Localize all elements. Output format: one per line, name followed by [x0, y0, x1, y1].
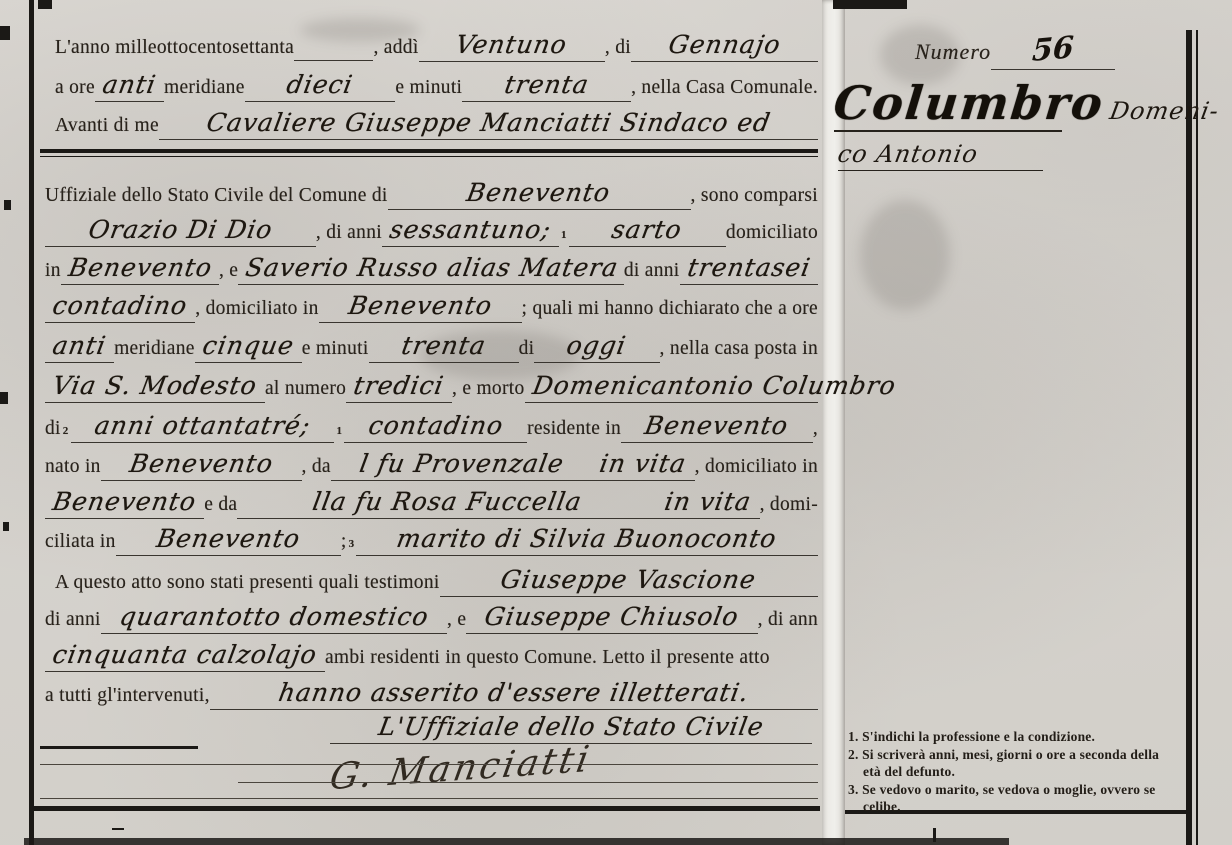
handwritten-declarant1-job: sarto: [569, 215, 726, 247]
footnote-ref-2: 2: [61, 425, 71, 437]
handwritten-mother-status: in vita: [657, 487, 759, 519]
margin-numero-line: Numero 56: [915, 32, 1115, 70]
deceased-firstname-part2: co Antonio: [836, 140, 981, 168]
left-border-rule: [29, 0, 34, 845]
handwritten-declarant1-age: sessantuno;: [382, 215, 559, 247]
ruled-line: [40, 798, 818, 799]
official-signature: G. Manciatti: [327, 739, 595, 799]
handwritten-witness1-name: Giuseppe Vascione: [440, 565, 818, 597]
printed-text: , nella Casa Comunale.: [631, 77, 818, 99]
form-line-witness1: A questo atto sono stati presenti quali …: [55, 565, 818, 597]
handwritten-street: Via S. Modesto: [45, 371, 265, 403]
handwritten-deceased-name: Domenicantonio Columbro: [525, 371, 818, 403]
margin-name-line2: co Antonio: [838, 140, 1043, 171]
printed-text: , domi-: [760, 494, 818, 516]
handwritten-death-day: oggi: [534, 331, 659, 363]
printed-text: , di anni: [316, 222, 382, 244]
handwritten-declarant2-name: Saverio Russo alias Matera: [238, 253, 624, 285]
printed-text: ; quali mi hanno dichiarato che a ore: [522, 298, 818, 320]
form-line-declarant2: in Benevento , e Saverio Russo alias Mat…: [45, 253, 818, 285]
bleedthrough-stain: [860, 200, 950, 310]
deceased-firstname-part1: Domeni-: [1108, 97, 1222, 125]
form-line-hour: a ore anti meridiane dieci e minuti tren…: [55, 70, 818, 102]
printed-text: nato in: [45, 456, 101, 478]
right-border-rule-thin: [1196, 30, 1198, 845]
footnote-ref-1: 1: [559, 229, 569, 241]
printed-text: di anni: [45, 609, 101, 631]
printed-text: ciliata in: [45, 531, 116, 553]
bottom-plus-mark: [112, 828, 124, 830]
printed-text: , da: [302, 456, 331, 478]
handwritten-minutes: trenta: [462, 70, 631, 102]
footnote-2: 2. Si scriverà anni, mesi, giorni o ore …: [848, 746, 1178, 781]
printed-text: di: [519, 338, 535, 360]
bottom-heavy-rule-left: [30, 806, 820, 811]
printed-text: e minuti: [395, 77, 462, 99]
handwritten-marital-status: marito di Silvia Buonoconto: [356, 524, 818, 556]
scan-mark: [4, 200, 11, 210]
handwritten-house-number: tredici: [346, 371, 452, 403]
printed-text: domiciliato: [726, 222, 818, 244]
form-line-mother: Benevento e da lla fu Rosa Fuccella in v…: [45, 487, 818, 519]
handwritten-day: Ventuno: [419, 30, 605, 62]
printed-text: al numero: [265, 378, 346, 400]
page-bottom-edge-band: [24, 838, 1009, 845]
footnote-1: 1. S'indichi la professione e la condizi…: [848, 728, 1178, 746]
form-line-marital: ciliata in Benevento ; 3 marito di Silvi…: [45, 524, 818, 556]
handwritten-residence1: Benevento: [61, 253, 219, 285]
printed-text: di: [45, 418, 61, 440]
short-heavy-rule: [40, 746, 198, 749]
handwritten-witness1-age-job: quarantotto domestico: [101, 602, 447, 634]
handwritten-death-minutes: trenta: [369, 331, 519, 363]
printed-text: , di ann: [758, 609, 818, 631]
handwritten-deceased-age: anni ottantatré;: [71, 411, 335, 443]
section-divider-rule-thin: [40, 156, 818, 157]
ruled-line: [238, 782, 818, 783]
form-line-deceased-age: di 2 anni ottantatré; 1 contadino reside…: [45, 411, 818, 443]
form-line-witness2: di anni quarantotto domestico , e Giusep…: [45, 602, 818, 634]
printed-text: a tutti gl'intervenuti,: [45, 685, 210, 707]
form-line-death-place: Via S. Modesto al numero tredici , e mor…: [45, 371, 818, 403]
printed-text: e minuti: [302, 338, 369, 360]
form-line-father: nato in Benevento , da l fu Provenzale i…: [45, 449, 818, 481]
form-line-year-date: L'anno milleottocentosettanta , addì Ven…: [55, 30, 818, 62]
form-line-witness2-age: cinquanta calzolajo ambi residenti in qu…: [45, 640, 818, 672]
printed-text: , e: [219, 260, 238, 282]
handwritten-month: Gennajo: [631, 30, 818, 62]
handwritten-father-status: in vita: [592, 449, 694, 481]
printed-text: A questo atto sono stati presenti quali …: [55, 572, 440, 594]
printed-text: , domiciliato in: [195, 298, 318, 320]
handwritten-declarant1-name: Orazio Di Dio: [45, 215, 316, 247]
handwritten-declarant2-job: contadino: [45, 291, 195, 323]
handwritten-witness2-name: Giuseppe Chiusolo: [466, 602, 757, 634]
printed-text: a ore: [55, 77, 95, 99]
handwritten-witness2-age-job: cinquanta calzolajo: [45, 640, 325, 672]
printed-text: , nella casa posta in: [660, 338, 818, 360]
handwritten-official-name: Cavaliere Giuseppe Manciatti Sindaco ed: [159, 108, 818, 140]
section-divider-rule: [40, 149, 818, 153]
form-line-official: Avanti di me Cavaliere Giuseppe Manciatt…: [55, 108, 818, 140]
form-line-comune: Uffiziale dello Stato Civile del Comune …: [45, 178, 818, 210]
handwritten-residence2: Benevento: [319, 291, 522, 323]
margin-footnotes: 1. S'indichi la professione e la condizi…: [848, 728, 1178, 816]
printed-text: , addì: [373, 37, 418, 59]
handwritten-meridian2: anti: [45, 331, 114, 363]
handwritten-hour: dieci: [245, 70, 396, 102]
top-right-ink-band: [833, 0, 907, 9]
scan-mark: [0, 392, 8, 404]
numero-value-underline: 56: [991, 32, 1115, 70]
printed-text: in: [45, 260, 61, 282]
deceased-surname: Columbro: [831, 76, 1107, 130]
handwritten-closing-note: hanno asserito d'essere illetterati.: [210, 678, 818, 710]
ruled-line: [40, 764, 818, 765]
numero-label: Numero: [915, 39, 991, 65]
printed-text: , e morto: [452, 378, 525, 400]
footnote-ref-1: 1: [334, 425, 344, 437]
handwritten-mother-residence: Benevento: [116, 524, 341, 556]
printed-text: residente in: [527, 418, 621, 440]
handwritten-father-residence: Benevento: [45, 487, 204, 519]
printed-text: L'anno milleottocentosettanta: [55, 37, 294, 59]
form-line-death-hour: anti meridiane cinque e minuti trenta di…: [45, 331, 818, 363]
printed-text: , sono comparsi: [691, 185, 818, 207]
scan-mark: [38, 0, 52, 9]
printed-text: meridiane: [164, 77, 245, 99]
printed-text: , di: [605, 37, 631, 59]
printed-text: ,: [813, 418, 818, 440]
death-record-scan: L'anno milleottocentosettanta , addì Ven…: [0, 0, 1232, 845]
scan-mark: [3, 522, 9, 531]
printed-text: Uffiziale dello Stato Civile del Comune …: [45, 185, 388, 207]
form-line-declarant1: Orazio Di Dio , di anni sessantuno; 1 sa…: [45, 215, 818, 247]
footnote-3: 3. Se vedovo o marito, se vedova o mogli…: [848, 781, 1178, 816]
handwritten-birthplace: Benevento: [101, 449, 302, 481]
printed-text: meridiane: [114, 338, 195, 360]
form-line-closing: a tutti gl'intervenuti, hanno asserito d…: [45, 678, 818, 710]
handwritten-death-hour: cinque: [195, 331, 302, 363]
handwritten-comune: Benevento: [388, 178, 691, 210]
printed-text: di anni: [624, 260, 680, 282]
form-line-declaration: contadino , domiciliato in Benevento ; q…: [45, 291, 818, 323]
handwritten-mother-name: lla fu Rosa Fuccella: [237, 487, 657, 519]
scan-mark: [0, 26, 10, 40]
printed-text: e da: [204, 494, 237, 516]
bottom-tick-mark: [933, 828, 936, 842]
margin-name-line1: Columbro Domeni-: [834, 76, 1062, 132]
handwritten-deceased-residence: Benevento: [621, 411, 813, 443]
right-border-rule: [1186, 30, 1192, 845]
handwritten-meridian: anti: [95, 70, 164, 102]
footnote-ref-3: 3: [347, 538, 357, 550]
blank-underline: [294, 40, 373, 61]
printed-text: ambi residenti in questo Comune. Letto i…: [325, 647, 770, 669]
handwritten-deceased-job: contadino: [344, 411, 527, 443]
numero-value: 56: [1031, 30, 1074, 69]
handwritten-father-name: l fu Provenzale: [331, 449, 593, 481]
printed-text: , e: [447, 609, 466, 631]
printed-text: Avanti di me: [55, 115, 159, 137]
handwritten-declarant2-age: trentasei: [680, 253, 818, 285]
printed-text: , domiciliato in: [695, 456, 818, 478]
